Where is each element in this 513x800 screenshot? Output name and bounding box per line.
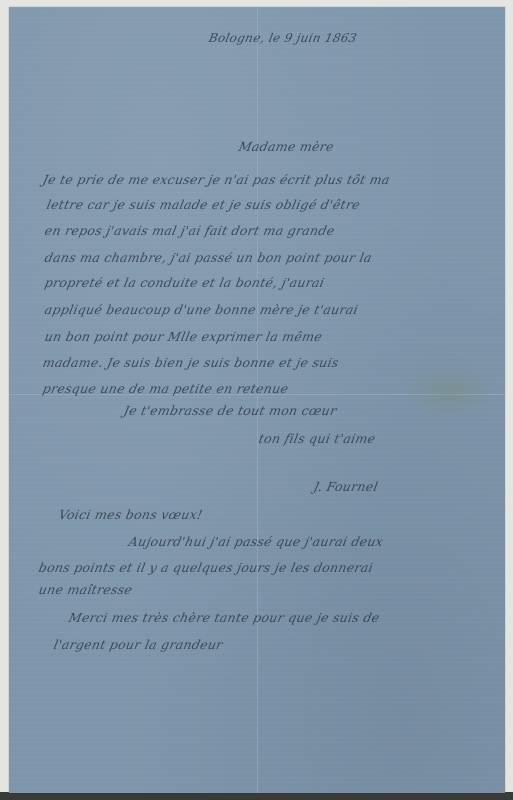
letter-signature: J. Fournel	[312, 479, 379, 494]
letter-sheet: Bologne, le 9 juin 1863 Madame mère Je t…	[9, 7, 505, 793]
postscript-line: l'argent pour la grandeur	[52, 637, 224, 652]
body-line: Je te prie de me excuser je n'ai pas écr…	[41, 172, 391, 187]
scan-bottom-edge	[0, 792, 513, 800]
body-line: lettre car je suis malade et je suis obl…	[45, 197, 361, 212]
body-line: madame. Je suis bien je suis bonne et je…	[41, 355, 340, 370]
paper-stain	[404, 362, 494, 422]
letter-date-line: Bologne, le 9 juin 1863	[208, 31, 359, 45]
vertical-fold-crease	[257, 7, 259, 793]
closing-line: Je t'embrasse de tout mon cœur	[122, 403, 338, 418]
letter-salutation: Madame mère	[237, 139, 335, 154]
body-line: dans ma chambre, j'ai passé un bon point…	[43, 250, 373, 265]
body-line: presque une de ma petite en retenue	[41, 381, 290, 396]
postscript-line: une maîtresse	[37, 582, 134, 597]
postscript-line: Aujourd'hui j'ai passé que j'aurai deux	[127, 534, 384, 549]
body-line: un bon point pour Mlle exprimer la même	[43, 329, 323, 344]
body-line: en repos j'avais mal j'ai fait dort ma g…	[43, 223, 336, 238]
body-line: propreté et la conduite et la bonté, j'a…	[43, 275, 326, 290]
closing-line: ton fils qui t'aime	[257, 431, 377, 446]
postscript-line: Voici mes bons vœux!	[57, 507, 204, 522]
postscript-line: bons points et il y a quelques jours je …	[37, 560, 374, 575]
postscript-line: Merci mes très chère tante pour que je s…	[67, 610, 381, 625]
body-line: appliqué beaucoup d'une bonne mère je t'…	[43, 302, 359, 317]
